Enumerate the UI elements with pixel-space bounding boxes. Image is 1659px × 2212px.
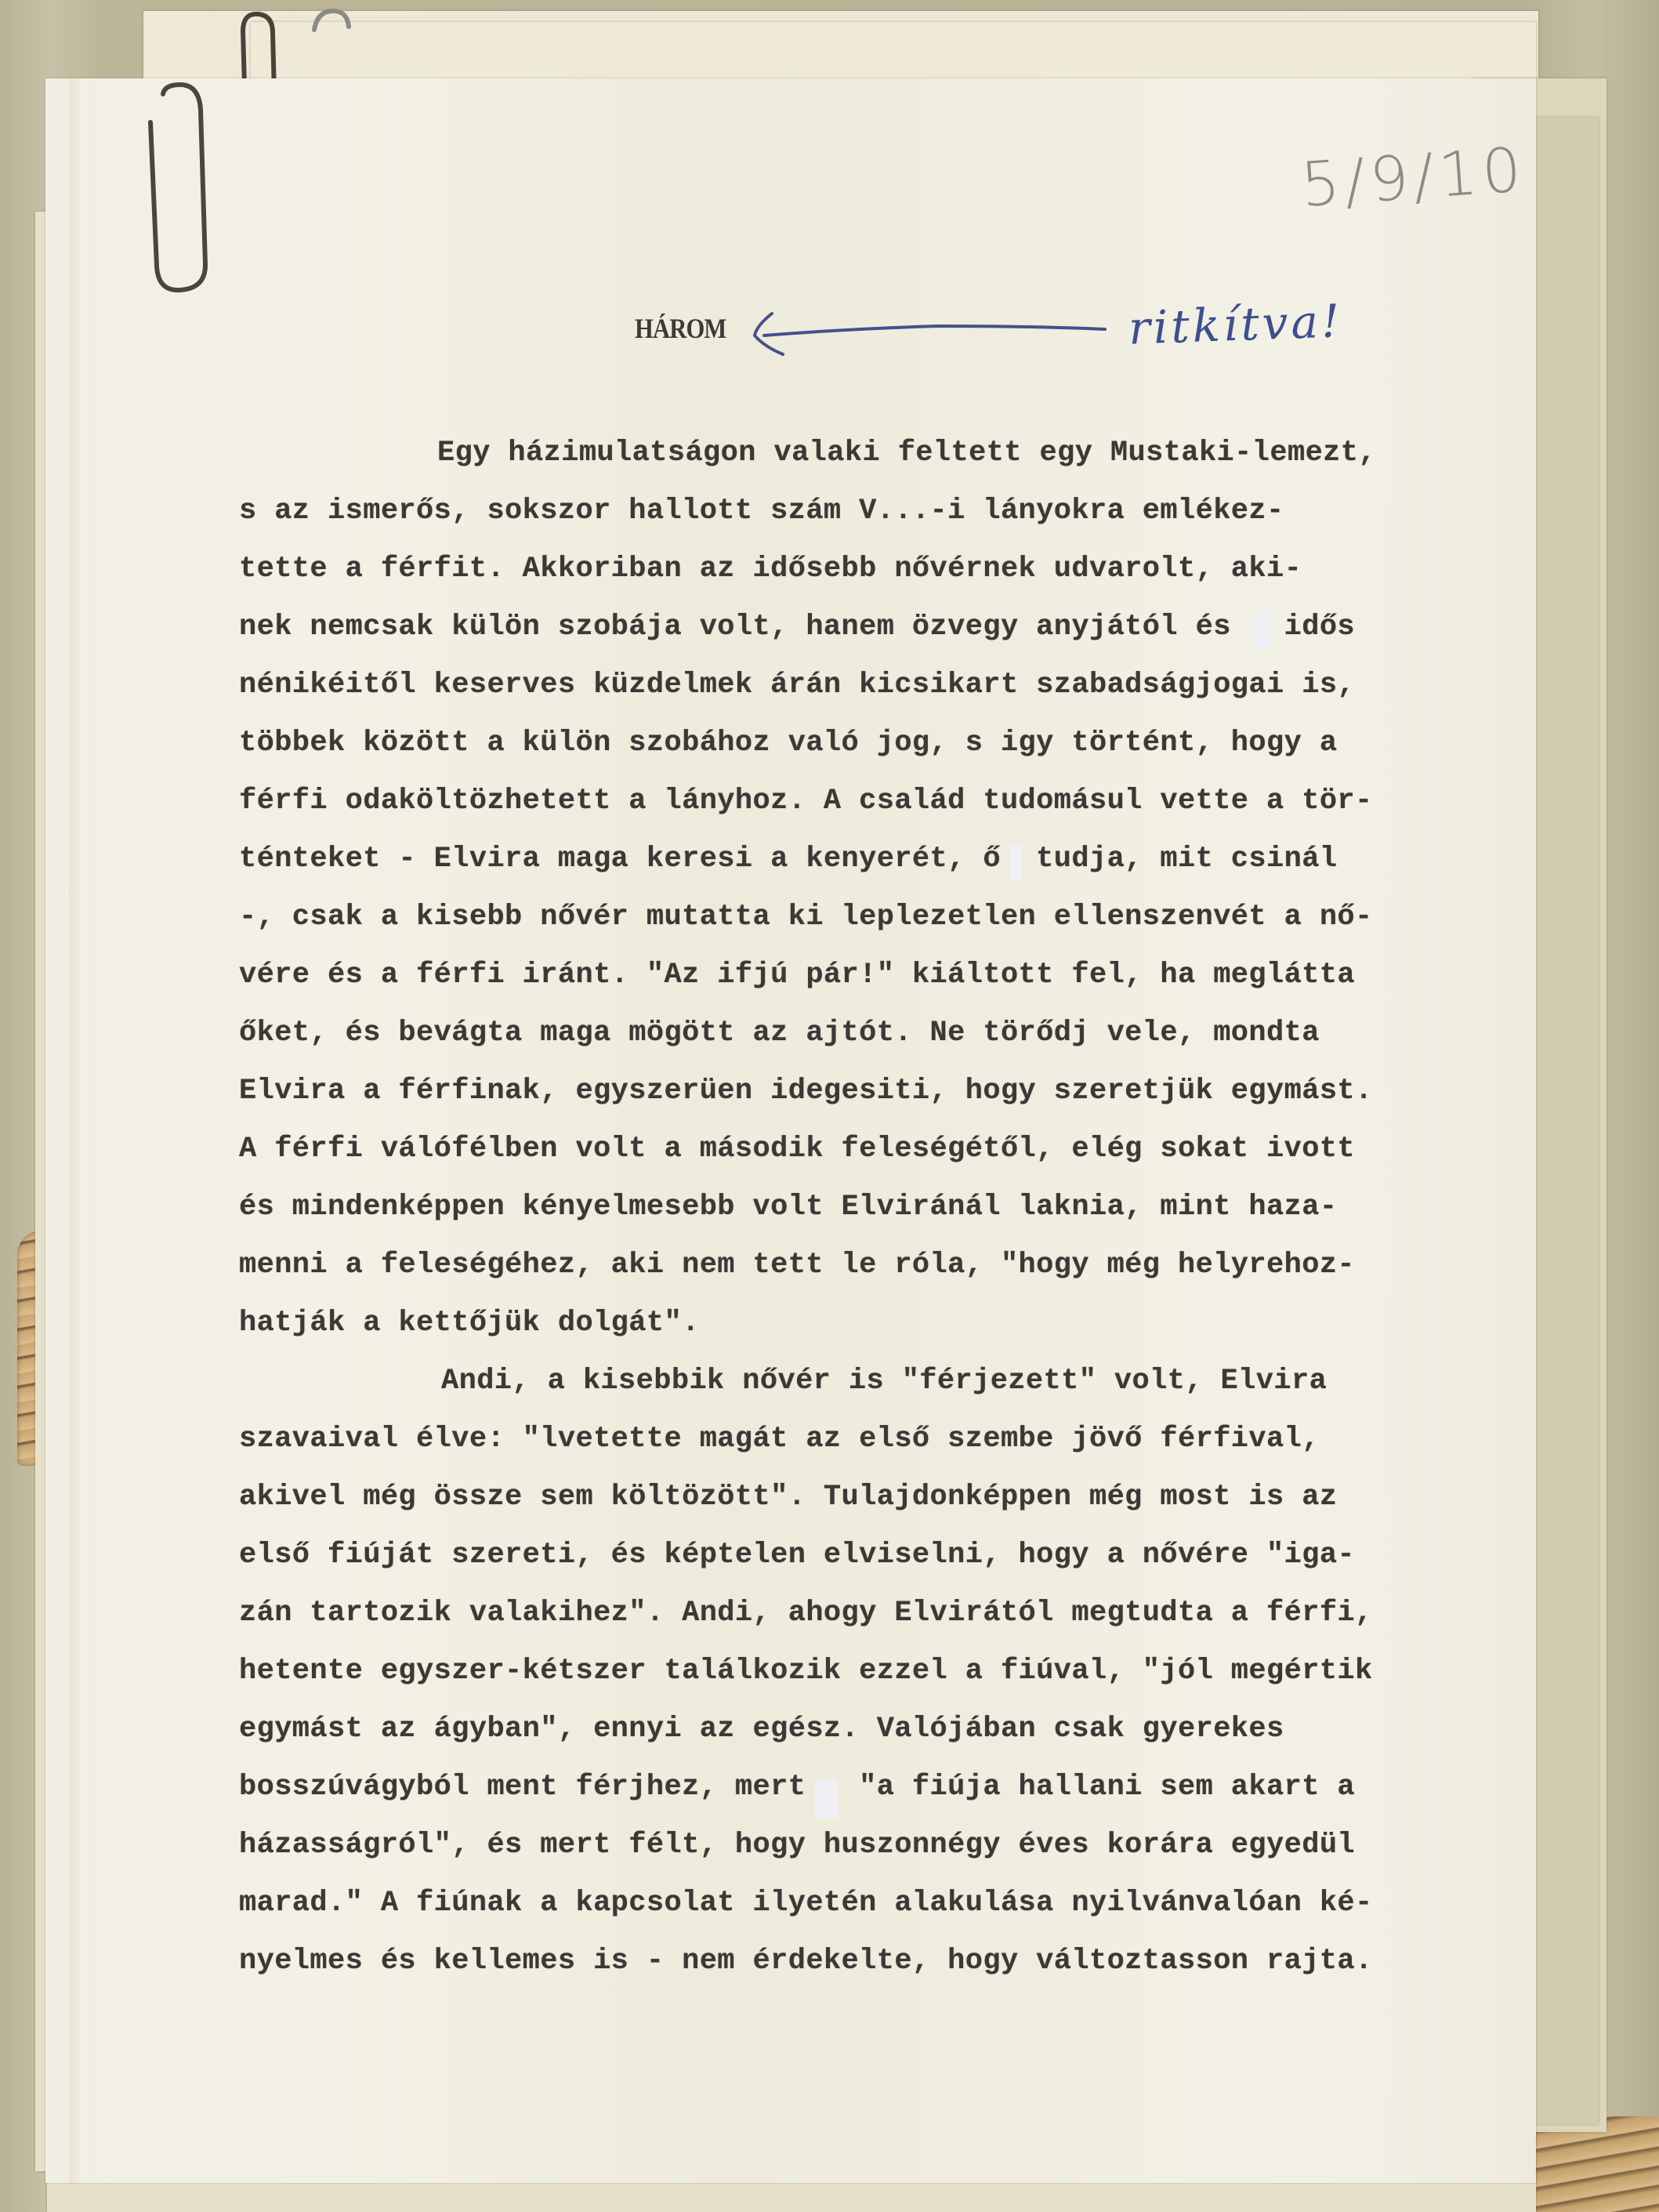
text-line: vére és a férfi iránt. "Az ifjú pár!" ki… xyxy=(239,952,1446,1010)
text-line: többek között a külön szobához való jog,… xyxy=(239,720,1446,778)
text-line: bosszúvágyból ment férjhez, mert "a fiúj… xyxy=(239,1764,1446,1822)
text-line: tette a férfit. Akkoriban az idősebb nőv… xyxy=(239,546,1446,604)
text-line: Egy házimulatságon valaki feltett egy Mu… xyxy=(239,430,1446,488)
text-line: ténteket - Elvira maga keresi a kenyerét… xyxy=(239,836,1446,894)
document-body: Egy házimulatságon valaki feltett egy Mu… xyxy=(239,430,1446,1996)
text-line: Elvira a férfinak, egyszerüen idegesiti,… xyxy=(239,1068,1446,1126)
text-line: szavaival élve: "lvetette magát az első … xyxy=(239,1416,1446,1474)
paperclip-icon xyxy=(310,6,357,38)
text-line: menni a feleségéhez, aki nem tett le ról… xyxy=(239,1242,1446,1300)
correction-fluid-mark xyxy=(815,1779,839,1819)
text-line: férfi odaköltözhetett a lányhoz. A csalá… xyxy=(239,778,1446,836)
page-edge xyxy=(69,78,85,2183)
text-line: akivel még össze sem költözött". Tulajdo… xyxy=(239,1474,1446,1532)
correction-fluid-mark xyxy=(1254,611,1273,647)
arrow-left-icon xyxy=(748,306,1125,361)
text-line: -, csak a kisebb nővér mutatta ki leplez… xyxy=(239,894,1446,952)
text-line: nyelmes és kellemes is - nem érdekelte, … xyxy=(239,1938,1446,1996)
chapter-title: HÁROM xyxy=(635,312,726,345)
text-line: Andi, a kisebbik nővér is "férjezett" vo… xyxy=(239,1358,1446,1416)
text-line: marad." A fiúnak a kapcsolat ilyetén ala… xyxy=(239,1880,1446,1938)
text-line: hetente egyszer-kétszer találkozik ezzel… xyxy=(239,1648,1446,1706)
text-line: egymást az ágyban", ennyi az egész. Való… xyxy=(239,1706,1446,1764)
text-line: s az ismerős, sokszor hallott szám V...-… xyxy=(239,488,1446,546)
text-line: nénikéitől keserves küzdelmek árán kicsi… xyxy=(239,662,1446,720)
paperclip-icon xyxy=(141,78,227,306)
handwritten-note: ritkítva! xyxy=(1128,294,1343,354)
text-line: házasságról", és mert félt, hogy huszonn… xyxy=(239,1822,1446,1880)
text-line: őket, és bevágta maga mögött az ajtót. N… xyxy=(239,1010,1446,1068)
text-line: A férfi válófélben volt a második felesé… xyxy=(239,1126,1446,1184)
text-line: hatják a kettőjük dolgát". xyxy=(239,1300,1446,1358)
text-line: zán tartozik valakihez". Andi, ahogy Elv… xyxy=(239,1590,1446,1648)
text-line: első fiúját szereti, és képtelen elvisel… xyxy=(239,1532,1446,1590)
text-line: és mindenképpen kényelmesebb volt Elvirá… xyxy=(239,1184,1446,1242)
correction-fluid-mark xyxy=(1009,843,1022,881)
